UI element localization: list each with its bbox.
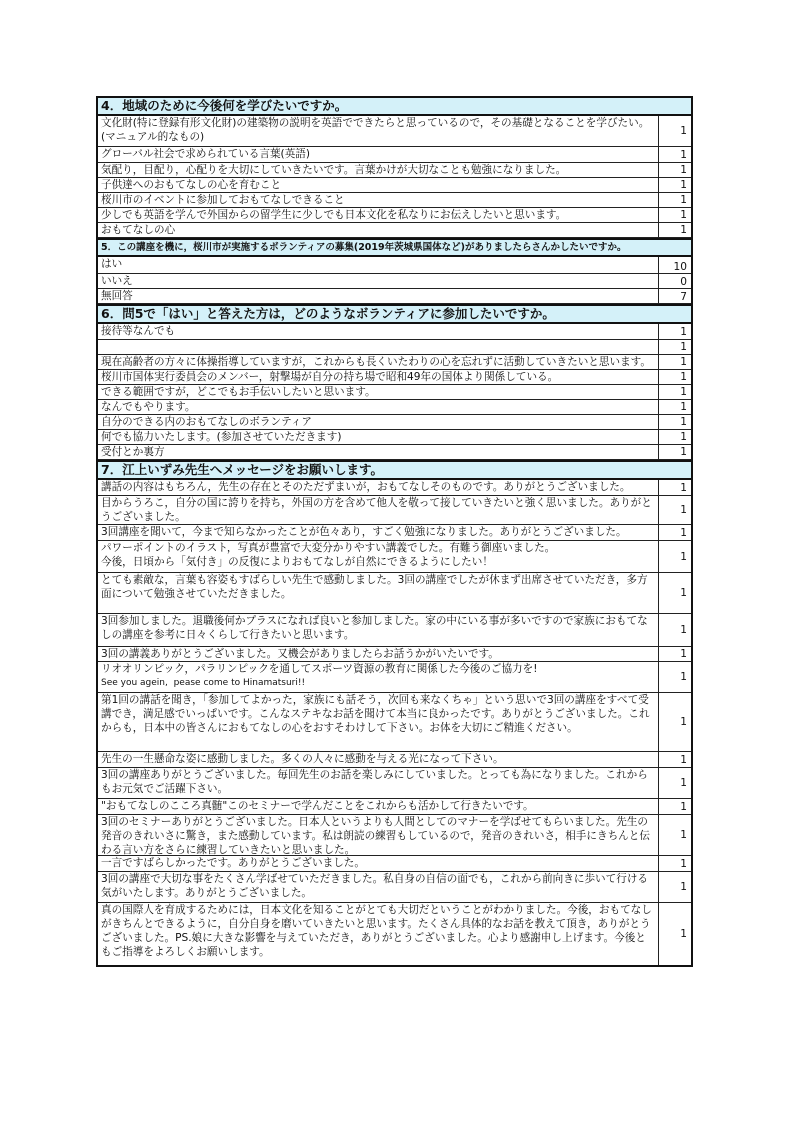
response-text-content: 現在高齢者の方々に体操指導していますが，これからも長くいたわりの心を忘れずに活動… xyxy=(101,356,651,368)
table-row: 桜川市のイベントに参加しておもてなしできること1 xyxy=(98,193,691,208)
response-text: 3回の講座ありがとうございました。毎回先生のお話を楽しみにしていました。とっても… xyxy=(98,768,659,798)
response-text-content: 先生の一生懸命な姿に感動しました。多くの人々に感動を与える光になって下さい。 xyxy=(101,753,504,765)
response-text: 3回の講座で大切な事をたくさん学ばせていただきました。私自身の自信の面でも，これ… xyxy=(98,872,659,902)
response-text: 先生の一生懸命な姿に感動しました。多くの人々に感動を与える光になって下さい。 xyxy=(98,752,659,767)
response-count: 1 xyxy=(659,573,691,613)
response-count: 1 xyxy=(659,903,691,965)
table-row: リオオリンピック，パラリンピックを通してスポーツ資源の教育に関係した今後のご協力… xyxy=(98,662,691,693)
table-row: 先生の一生懸命な姿に感動しました。多くの人々に感動を与える光になって下さい。1 xyxy=(98,752,691,768)
response-text: 現在高齢者の方々に体操指導していますが，これからも長くいたわりの心を忘れずに活動… xyxy=(98,355,659,369)
table-row: 3回講座を聞いて，今まで知らなかったことが色々あり，すごく勉強になりました。あり… xyxy=(98,525,691,541)
response-text-content: 子供達へのおもてなしの心を育むこと xyxy=(101,179,281,191)
response-count: 1 xyxy=(659,340,691,354)
response-text xyxy=(98,340,659,354)
response-count: 1 xyxy=(659,193,691,207)
response-text-content: 受付とか裏方 xyxy=(101,446,165,458)
response-text: 自分のできる内のおもてなしのボランティア xyxy=(98,415,659,429)
response-text-content: リオオリンピック，パラリンピックを通してスポーツ資源の教育に関係した今後のご協力… xyxy=(101,663,537,675)
table-row: 接待等なんでも1 xyxy=(98,324,691,340)
response-count: 1 xyxy=(659,541,691,572)
response-text: 桜川市国体実行委員会のメンバー，射撃場が自分の持ち場で昭和49年の国体より関係し… xyxy=(98,370,659,384)
table-row: 3回のセミナーありがとうございました。日本人というよりも人間としてのマナーを学ば… xyxy=(98,815,691,856)
response-text: はい xyxy=(98,257,659,273)
response-text-content: 3回の講座ありがとうございました。毎回先生のお話を楽しみにしていました。とっても… xyxy=(101,769,648,795)
response-text: 何でも協力いたします。(参加させていただきます) xyxy=(98,430,659,444)
table-row: 1 xyxy=(98,340,691,355)
response-text: 文化財(特に登録有形文化財)の建築物の説明を英語でできたらと思っているので，その… xyxy=(98,116,659,146)
table-row: 自分のできる内のおもてなしのボランティア1 xyxy=(98,415,691,430)
response-text-content: なんでもやります。 xyxy=(101,401,196,413)
response-text: なんでもやります。 xyxy=(98,400,659,414)
response-count: 1 xyxy=(659,415,691,429)
response-count: 1 xyxy=(659,355,691,369)
response-text-content: おもてなしの心 xyxy=(101,224,175,236)
table-row: とても素敵な，言葉も容姿もすばらしい先生で感動しました。3回の講座でしたが休まず… xyxy=(98,573,691,614)
response-text-content: 講話の内容はもちろん，先生の存在とそのただずまいが，おもてなしそのものです。あり… xyxy=(101,481,630,493)
response-text-content: 少しでも英語を学んで外国からの留学生に少しでも日本文化を私なりにお伝えしたいと思… xyxy=(101,209,566,221)
response-count: 1 xyxy=(659,693,691,751)
table-row: 3回参加しました。退職後何かプラスになれば良いと参加しました。家の中にいる事が多… xyxy=(98,614,691,647)
response-text-content: "おもてなしのこころ真髄"このセミナーで学んだことをこれからも活かして行きたいで… xyxy=(101,800,534,812)
response-count: 1 xyxy=(659,856,691,871)
survey-results-table: 4．地域のために今後何を学びたいですか。文化財(特に登録有形文化財)の建築物の説… xyxy=(96,96,693,967)
response-count: 1 xyxy=(659,147,691,162)
response-text: 気配り，目配り，心配りを大切にしていきたいです。言葉かけが大切なことも勉強になり… xyxy=(98,163,659,177)
table-row: はい10 xyxy=(98,257,691,274)
response-text-content: 第1回の講話を聞き，「参加してよかった，家族にも話そう，次回も来なくちゃ」という… xyxy=(101,694,650,734)
section-header-q6: 6．問5で「はい」と答えた方は，どのようなボランティアに参加したいですか。 xyxy=(98,304,691,324)
section-header-q4: 4．地域のために今後何を学びたいですか。 xyxy=(98,98,691,116)
response-count: 1 xyxy=(659,662,691,692)
response-count: 1 xyxy=(659,208,691,222)
response-count: 1 xyxy=(659,480,691,495)
response-text-content: 桜川市のイベントに参加しておもてなしできること xyxy=(101,194,345,206)
response-text-content: 3回の講座で大切な事をたくさん学ばせていただきました。私自身の自信の面でも，これ… xyxy=(101,873,648,899)
table-row: 子供達へのおもてなしの心を育むこと1 xyxy=(98,178,691,193)
response-text-content: いいえ xyxy=(101,275,133,287)
response-count: 1 xyxy=(659,496,691,524)
response-text-content: 無回答 xyxy=(101,290,133,302)
response-text: 少しでも英語を学んで外国からの留学生に少しでも日本文化を私なりにお伝えしたいと思… xyxy=(98,208,659,222)
response-text: おもてなしの心 xyxy=(98,223,659,237)
response-text-content: 3回参加しました。退職後何かプラスになれば良いと参加しました。家の中にいる事が多… xyxy=(101,615,648,641)
response-text-content: 接待等なんでも xyxy=(101,325,175,337)
response-text: 3回のセミナーありがとうございました。日本人というよりも人間としてのマナーを学ば… xyxy=(98,815,659,855)
response-count: 1 xyxy=(659,768,691,798)
table-row: 受付とか裏方1 xyxy=(98,445,691,460)
response-text: パワーポイントのイラスト，写真が豊富で大変分かりやすい講義でした。有難う御座いま… xyxy=(98,541,659,572)
table-row: 無回答7 xyxy=(98,289,691,304)
response-text: いいえ xyxy=(98,274,659,288)
response-count: 1 xyxy=(659,525,691,540)
response-count: 1 xyxy=(659,872,691,902)
response-text-content: 3回講座を聞いて，今まで知らなかったことが色々あり，すごく勉強になりました。あり… xyxy=(101,526,627,538)
response-text-content: はい xyxy=(101,258,122,270)
response-count: 1 xyxy=(659,445,691,459)
table-row: グローバル社会で求められている言葉(英語)1 xyxy=(98,147,691,163)
response-count: 0 xyxy=(659,274,691,288)
response-count: 1 xyxy=(659,752,691,767)
response-text: 3回講座を聞いて，今まで知らなかったことが色々あり，すごく勉強になりました。あり… xyxy=(98,525,659,540)
response-count: 1 xyxy=(659,430,691,444)
response-text-content: 3回のセミナーありがとうございました。日本人というよりも人間としてのマナーを学ば… xyxy=(101,816,650,855)
response-text: 第1回の講話を聞き，「参加してよかった，家族にも話そう，次回も来なくちゃ」という… xyxy=(98,693,659,751)
table-row: 少しでも英語を学んで外国からの留学生に少しでも日本文化を私なりにお伝えしたいと思… xyxy=(98,208,691,223)
table-row: 文化財(特に登録有形文化財)の建築物の説明を英語でできたらと思っているので，その… xyxy=(98,116,691,147)
response-text: 子供達へのおもてなしの心を育むこと xyxy=(98,178,659,192)
table-row: "おもてなしのこころ真髄"このセミナーで学んだことをこれからも活かして行きたいで… xyxy=(98,799,691,815)
table-row: 桜川市国体実行委員会のメンバー，射撃場が自分の持ち場で昭和49年の国体より関係し… xyxy=(98,370,691,385)
response-text-content: 目からうろこ，自分の国に誇りを持ち，外国の方を含めて他人を敬って接していきたいと… xyxy=(101,497,652,523)
table-row: 目からうろこ，自分の国に誇りを持ち，外国の方を含めて他人を敬って接していきたいと… xyxy=(98,496,691,525)
response-count: 1 xyxy=(659,178,691,192)
response-text: 接待等なんでも xyxy=(98,324,659,339)
response-text-content: 自分のできる内のおもてなしのボランティア xyxy=(101,416,312,428)
response-english-note: See you agein, pease come to Hinamatsuri… xyxy=(101,676,655,690)
section-header-q5: 5．この講座を機に，桜川市が実施するボランティアの募集(2019年茨城県国体など… xyxy=(98,238,691,257)
table-row: 気配り，目配り，心配りを大切にしていきたいです。言葉かけが大切なことも勉強になり… xyxy=(98,163,691,178)
table-row: 何でも協力いたします。(参加させていただきます)1 xyxy=(98,430,691,445)
response-count: 1 xyxy=(659,370,691,384)
response-text-content: 桜川市国体実行委員会のメンバー，射撃場が自分の持ち場で昭和49年の国体より関係し… xyxy=(101,371,558,383)
table-row: 3回の講座ありがとうございました。毎回先生のお話を楽しみにしていました。とっても… xyxy=(98,768,691,799)
table-row: 3回の講義ありがとうございました。又機会がありましたらお話うかがいたいです。1 xyxy=(98,647,691,662)
table-row: 講話の内容はもちろん，先生の存在とそのただずまいが，おもてなしそのものです。あり… xyxy=(98,480,691,496)
response-text: 目からうろこ，自分の国に誇りを持ち，外国の方を含めて他人を敬って接していきたいと… xyxy=(98,496,659,524)
response-text: リオオリンピック，パラリンピックを通してスポーツ資源の教育に関係した今後のご協力… xyxy=(98,662,659,692)
response-count: 1 xyxy=(659,400,691,414)
table-row: おもてなしの心1 xyxy=(98,223,691,238)
response-text: できる範囲ですが，どこでもお手伝いしたいと思います。 xyxy=(98,385,659,399)
table-row: 3回の講座で大切な事をたくさん学ばせていただきました。私自身の自信の面でも，これ… xyxy=(98,872,691,903)
response-text-content: できる範囲ですが，どこでもお手伝いしたいと思います。 xyxy=(101,386,376,398)
table-row: いいえ0 xyxy=(98,274,691,289)
response-text: 3回参加しました。退職後何かプラスになれば良いと参加しました。家の中にいる事が多… xyxy=(98,614,659,646)
table-row: 第1回の講話を聞き，「参加してよかった，家族にも話そう，次回も来なくちゃ」という… xyxy=(98,693,691,752)
response-text: 受付とか裏方 xyxy=(98,445,659,459)
response-text: 一言ですばらしかったです。ありがとうございました。 xyxy=(98,856,659,871)
response-count: 1 xyxy=(659,223,691,237)
response-count: 1 xyxy=(659,116,691,146)
response-text-content: とても素敵な，言葉も容姿もすばらしい先生で感動しました。3回の講座でしたが休まず… xyxy=(101,574,648,600)
response-text-content: 何でも協力いたします。(参加させていただきます) xyxy=(101,431,341,443)
response-text: "おもてなしのこころ真髄"このセミナーで学んだことをこれからも活かして行きたいで… xyxy=(98,799,659,814)
response-text-content: 真の国際人を育成するためには，日本文化を知ることがとても大切だということがわかり… xyxy=(101,904,652,958)
table-row: 一言ですばらしかったです。ありがとうございました。1 xyxy=(98,856,691,872)
response-count: 1 xyxy=(659,324,691,339)
response-count: 1 xyxy=(659,614,691,646)
table-row: なんでもやります。1 xyxy=(98,400,691,415)
response-count: 1 xyxy=(659,799,691,814)
response-text-content: 一言ですばらしかったです。ありがとうございました。 xyxy=(101,857,365,869)
response-text: 真の国際人を育成するためには，日本文化を知ることがとても大切だということがわかり… xyxy=(98,903,659,965)
section-header-q7: 7．江上いずみ先生へメッセージをお願いします。 xyxy=(98,460,691,480)
response-text-content: グローバル社会で求められている言葉(英語) xyxy=(101,148,310,160)
response-count: 1 xyxy=(659,647,691,661)
response-text: 講話の内容はもちろん，先生の存在とそのただずまいが，おもてなしそのものです。あり… xyxy=(98,480,659,495)
response-count: 1 xyxy=(659,385,691,399)
response-text-content: 文化財(特に登録有形文化財)の建築物の説明を英語でできたらと思っているので，その… xyxy=(101,117,649,143)
table-row: 真の国際人を育成するためには，日本文化を知ることがとても大切だということがわかり… xyxy=(98,903,691,965)
response-text: グローバル社会で求められている言葉(英語) xyxy=(98,147,659,162)
response-text-content: パワーポイントのイラスト，写真が豊富で大変分かりやすい講義でした。有難う御座いま… xyxy=(101,542,555,568)
response-count: 7 xyxy=(659,289,691,303)
table-row: 現在高齢者の方々に体操指導していますが，これからも長くいたわりの心を忘れずに活動… xyxy=(98,355,691,370)
response-text-content: 3回の講義ありがとうございました。又機会がありましたらお話うかがいたいです。 xyxy=(101,648,499,660)
table-row: パワーポイントのイラスト，写真が豊富で大変分かりやすい講義でした。有難う御座いま… xyxy=(98,541,691,573)
response-text: 3回の講義ありがとうございました。又機会がありましたらお話うかがいたいです。 xyxy=(98,647,659,661)
response-count: 10 xyxy=(659,257,691,273)
table-row: できる範囲ですが，どこでもお手伝いしたいと思います。1 xyxy=(98,385,691,400)
response-count: 1 xyxy=(659,163,691,177)
response-count: 1 xyxy=(659,815,691,855)
response-text: とても素敵な，言葉も容姿もすばらしい先生で感動しました。3回の講座でしたが休まず… xyxy=(98,573,659,613)
response-text: 無回答 xyxy=(98,289,659,303)
response-text: 桜川市のイベントに参加しておもてなしできること xyxy=(98,193,659,207)
response-text-content: 気配り，目配り，心配りを大切にしていきたいです。言葉かけが大切なことも勉強になり… xyxy=(101,164,566,176)
